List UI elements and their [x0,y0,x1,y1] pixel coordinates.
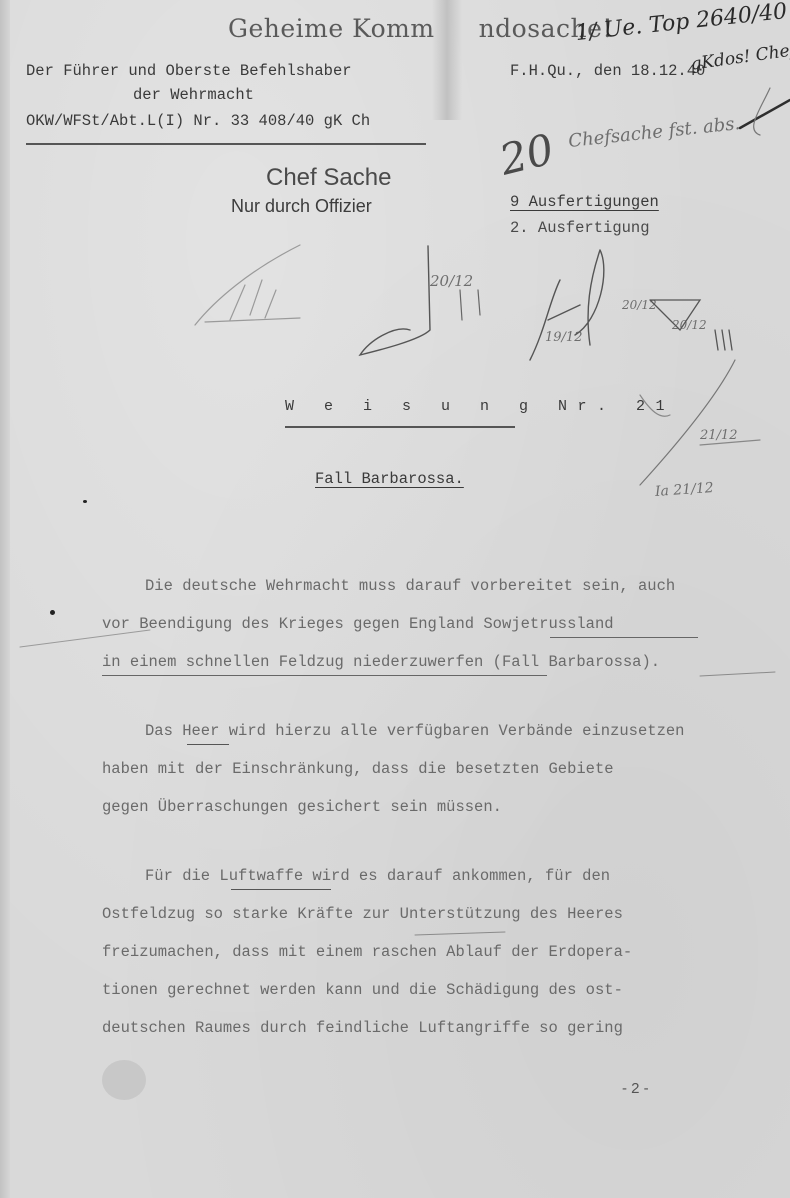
paragraph-line: tionen gerechnet werden kann und die Sch… [102,981,623,999]
paragraph-line: Für die Luftwaffe wird es darauf ankomme… [145,867,610,885]
punch-mark [50,610,55,615]
directive-subtitle: Fall Barbarossa. [315,470,464,488]
paragraph-line: in einem schnellen Feldzug niederzuwerfe… [102,653,660,671]
paragraph-line: gegen Überraschungen gesichert sein müss… [102,798,502,816]
title-underline [285,426,515,428]
paragraph-line: deutschen Raumes durch feindliche Luftan… [102,1019,623,1037]
directive-title: W e i s u n g Nr. 21 [285,398,675,415]
paragraph-line: freizumachen, dass mit einem raschen Abl… [102,943,632,961]
paragraph-line: Die deutsche Wehrmacht muss darauf vorbe… [145,577,675,595]
paragraph-line: vor Beendigung des Krieges gegen England… [102,615,614,633]
ink-speck [83,500,87,503]
document-page: Geheime Kommndosache! Der Führer und Obe… [0,0,790,1198]
paragraph-line: Das Heer wird hierzu alle verfügbaren Ve… [145,722,685,740]
page-number: - 2 - [622,1080,649,1097]
underline-sowjetrussland [550,637,698,638]
underline-feldzug [102,675,547,676]
paragraph-line: haben mit der Einschränkung, dass die be… [102,760,614,778]
underline-luftwaffe [231,889,331,890]
underline-heer [187,744,229,745]
paragraph-line: Ostfeldzug so starke Kräfte zur Unterstü… [102,905,623,923]
